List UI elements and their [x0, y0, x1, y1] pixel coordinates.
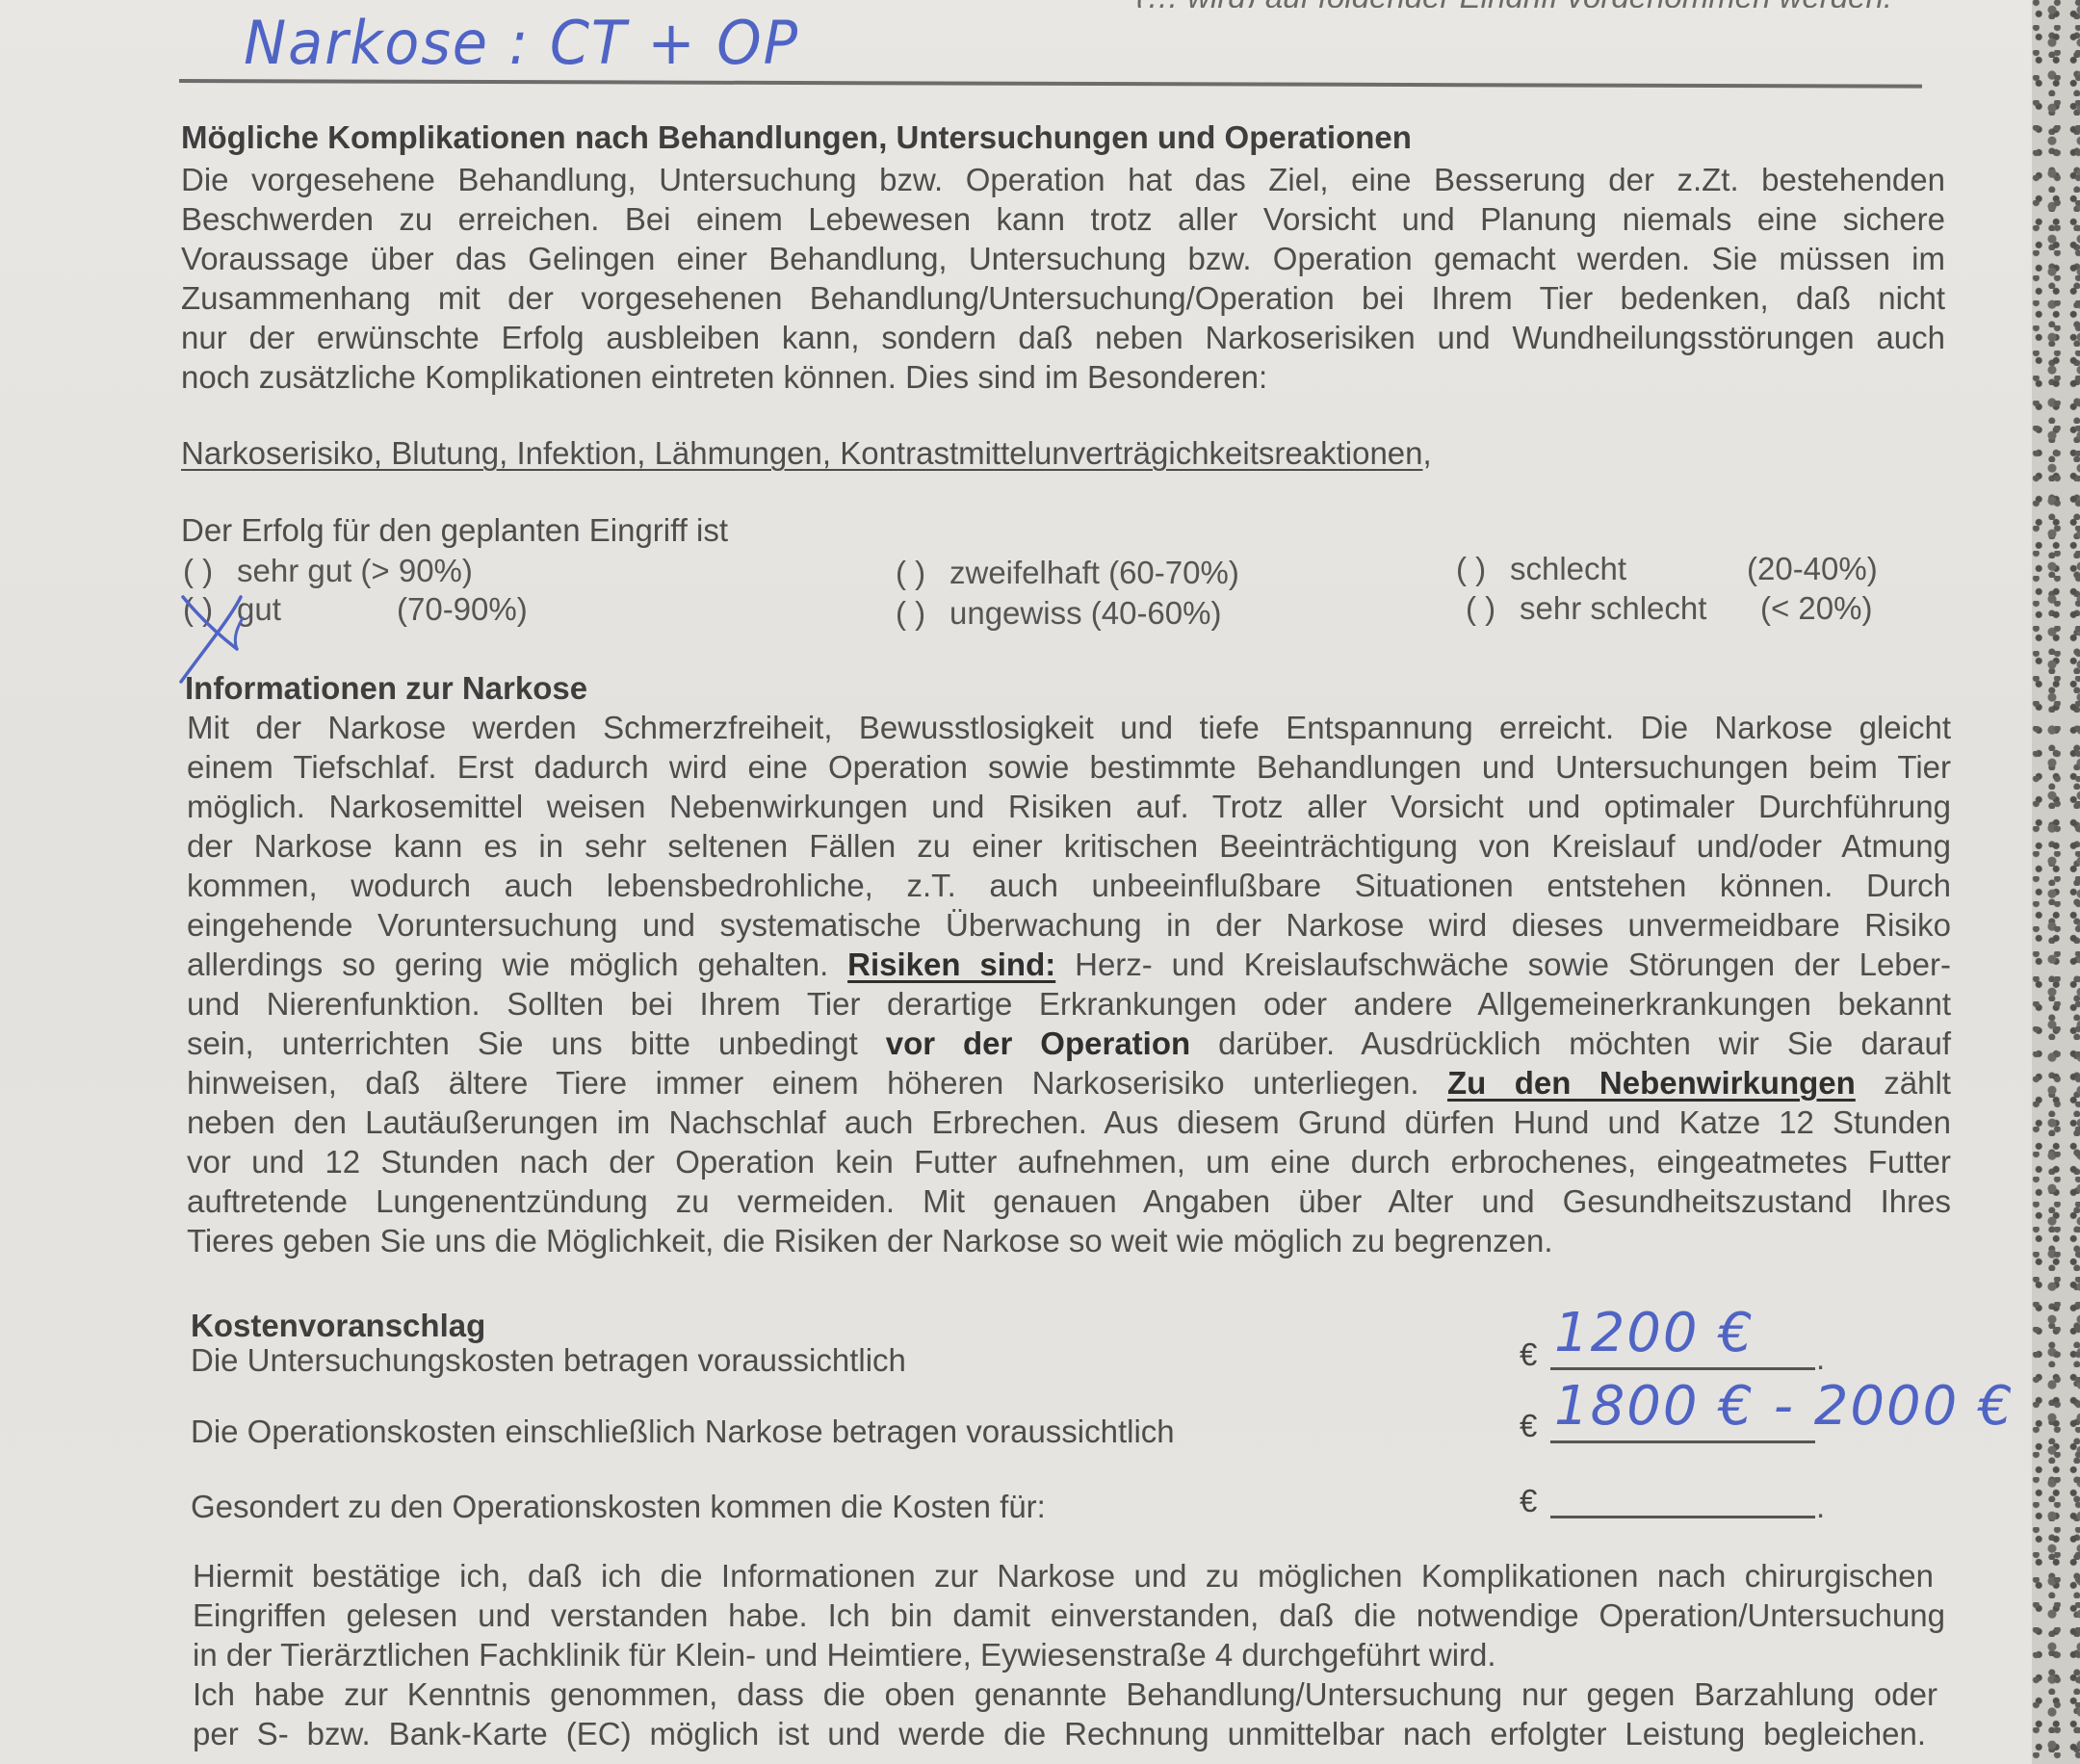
paragraph-line: Beschwerden zu erreichen. Bei einem Lebe… [181, 199, 1945, 239]
paragraph-line: und Nierenfunktion. Sollten bei Ihrem Ti… [187, 984, 1951, 1024]
paragraph-line: hinweisen, daß ältere Tiere immer einem … [187, 1063, 1951, 1102]
surgery-cost-field-line [1550, 1440, 1815, 1443]
additional-cost-field-line[interactable] [1550, 1516, 1815, 1518]
granite-background [2032, 0, 2080, 1764]
anesthesia-paragraph: Mit der Narkose werden Schmerzfreiheit, … [187, 708, 1951, 1260]
text-run: sein, unterrichten Sie uns bitte unbedin… [187, 1025, 886, 1061]
option-zweifelhaft[interactable]: ( )zweifelhaft (60-70%) [896, 555, 1239, 591]
field-dot: . [1816, 1489, 1825, 1525]
checkbox-parens: ( ) [896, 595, 949, 632]
option-range: (70-90%) [397, 591, 528, 628]
consent-form-page: (… wird) auf folgender Eingriff vorgenom… [0, 0, 2032, 1764]
text-run: darüber. Ausdrücklich möchten wir Sie da… [1190, 1025, 1951, 1061]
paragraph-line: noch zusätzliche Komplikationen eintrete… [181, 357, 1945, 397]
procedure-underline [179, 79, 1922, 89]
option-schlecht[interactable]: ( )schlecht(20-40%) [1456, 551, 1626, 587]
text-run: allerdings so gering wie möglich gehalte… [187, 947, 847, 982]
complications-paragraph: Die vorgesehene Behandlung, Untersuchung… [181, 160, 1945, 397]
paragraph-line: sein, unterrichten Sie uns bitte unbedin… [187, 1024, 1951, 1063]
paragraph-line: Eingriffen gelesen und verstanden habe. … [193, 1595, 1945, 1635]
surgery-cost-label: Die Operationskosten einschließlich Nark… [191, 1414, 1175, 1450]
option-ungewiss[interactable]: ( )ungewiss (40-60%) [896, 595, 1221, 632]
paragraph-line: Zusammenhang mit der vorgesehenen Behand… [181, 278, 1945, 318]
paragraph-line: in der Tierärztlichen Fachklinik für Kle… [193, 1635, 1957, 1674]
paragraph-line: per S- bzw. Bank-Karte (EC) möglich ist … [193, 1714, 1926, 1753]
option-sehr-schlecht[interactable]: ( )sehr schlecht(< 20%) [1466, 590, 1706, 627]
success-label: Der Erfolg für den geplanten Eingriff is… [181, 512, 728, 549]
option-label: sehr schlecht [1520, 590, 1706, 626]
handwritten-procedure: Narkose : CT + OP [244, 8, 799, 78]
cost-estimate-heading: Kostenvoranschlag [191, 1308, 485, 1344]
paragraph-line: allerdings so gering wie möglich gehalte… [187, 945, 1951, 984]
exam-cost-label: Die Untersuchungskosten betragen vorauss… [191, 1342, 906, 1379]
surgery-cost-value[interactable]: 1800 € - 2000 € [1554, 1375, 2015, 1438]
paragraph-line: kommen, wodurch auch lebensbedrohliche, … [187, 866, 1951, 905]
euro-sign: € [1520, 1483, 1537, 1519]
paragraph-line: auftretende Lungenentzündung zu vermeide… [187, 1181, 1951, 1221]
paragraph-line: Voraussage über das Gelingen einer Behan… [181, 239, 1945, 278]
before-operation-emphasis: vor der Operation [886, 1025, 1190, 1061]
paragraph-line: nur der erwünschte Erfolg ausbleiben kan… [181, 318, 1945, 357]
risk-list-comma: , [1423, 435, 1432, 471]
text-run: Herz- und Kreislaufschwäche sowie Störun… [1055, 947, 1951, 982]
paragraph-line: einem Tiefschlaf. Erst dadurch wird eine… [187, 747, 1951, 787]
additional-cost-label: Gesondert zu den Operationskosten kommen… [191, 1489, 1046, 1525]
anesthesia-heading: Informationen zur Narkose [185, 670, 587, 707]
text-run: zählt [1856, 1065, 1951, 1101]
paragraph-line: Mit der Narkose werden Schmerzfreiheit, … [187, 708, 1951, 747]
exam-cost-value[interactable]: 1200 € [1554, 1302, 1755, 1364]
cut-off-top-line: (… wird) auf folgender Eingriff vorgenom… [1136, 0, 1984, 8]
option-label: schlecht [1510, 551, 1626, 586]
option-label: ungewiss (40-60%) [949, 595, 1221, 631]
risk-list-text: Narkoserisiko, Blutung, Infektion, Lähmu… [181, 435, 1423, 471]
option-sehr-gut[interactable]: ( )sehr gut (> 90%) [183, 553, 473, 589]
risk-list: Narkoserisiko, Blutung, Infektion, Lähmu… [181, 435, 1432, 472]
field-dot: . [1816, 1340, 1825, 1377]
checkbox-parens: ( ) [1466, 590, 1520, 627]
option-label: sehr gut (> 90%) [237, 553, 473, 588]
complications-heading: Mögliche Komplikationen nach Behandlunge… [181, 119, 1412, 156]
euro-sign: € [1520, 1408, 1537, 1444]
checkbox-parens: ( ) [896, 555, 949, 591]
option-label: zweifelhaft (60-70%) [949, 555, 1239, 590]
euro-sign: € [1520, 1336, 1537, 1373]
paragraph-line: neben den Lautäußerungen im Nachschlaf a… [187, 1102, 1951, 1142]
paragraph-line: vor und 12 Stunden nach der Operation ke… [187, 1142, 1951, 1181]
exam-cost-field-line [1550, 1367, 1815, 1370]
option-range: (< 20%) [1760, 590, 1872, 627]
text-run: hinweisen, daß ältere Tiere immer einem … [187, 1065, 1447, 1101]
paragraph-line: möglich. Narkosemittel weisen Nebenwirku… [187, 787, 1951, 826]
paragraph-line: Tieres geben Sie uns die Möglichkeit, di… [187, 1221, 1951, 1260]
paragraph-line: eingehende Voruntersuchung und systemati… [187, 905, 1951, 945]
paragraph-line: Die vorgesehene Behandlung, Untersuchung… [181, 160, 1945, 199]
side-effects-emphasis: Zu den Nebenwirkungen [1447, 1065, 1856, 1101]
paragraph-line: Hiermit bestätige ich, daß ich die Infor… [193, 1556, 1934, 1595]
option-range: (20-40%) [1747, 551, 1878, 587]
risks-emphasis: Risiken sind: [847, 947, 1055, 982]
checkbox-parens: ( ) [1456, 551, 1510, 587]
checkbox-parens: ( ) [183, 553, 237, 589]
paragraph-line: der Narkose kann es in sehr seltenen Fäl… [187, 826, 1951, 866]
paragraph-line: Ich habe zur Kenntnis genommen, dass die… [193, 1674, 1937, 1714]
confirmation-paragraph: Hiermit bestätige ich, daß ich die Infor… [193, 1556, 1957, 1753]
